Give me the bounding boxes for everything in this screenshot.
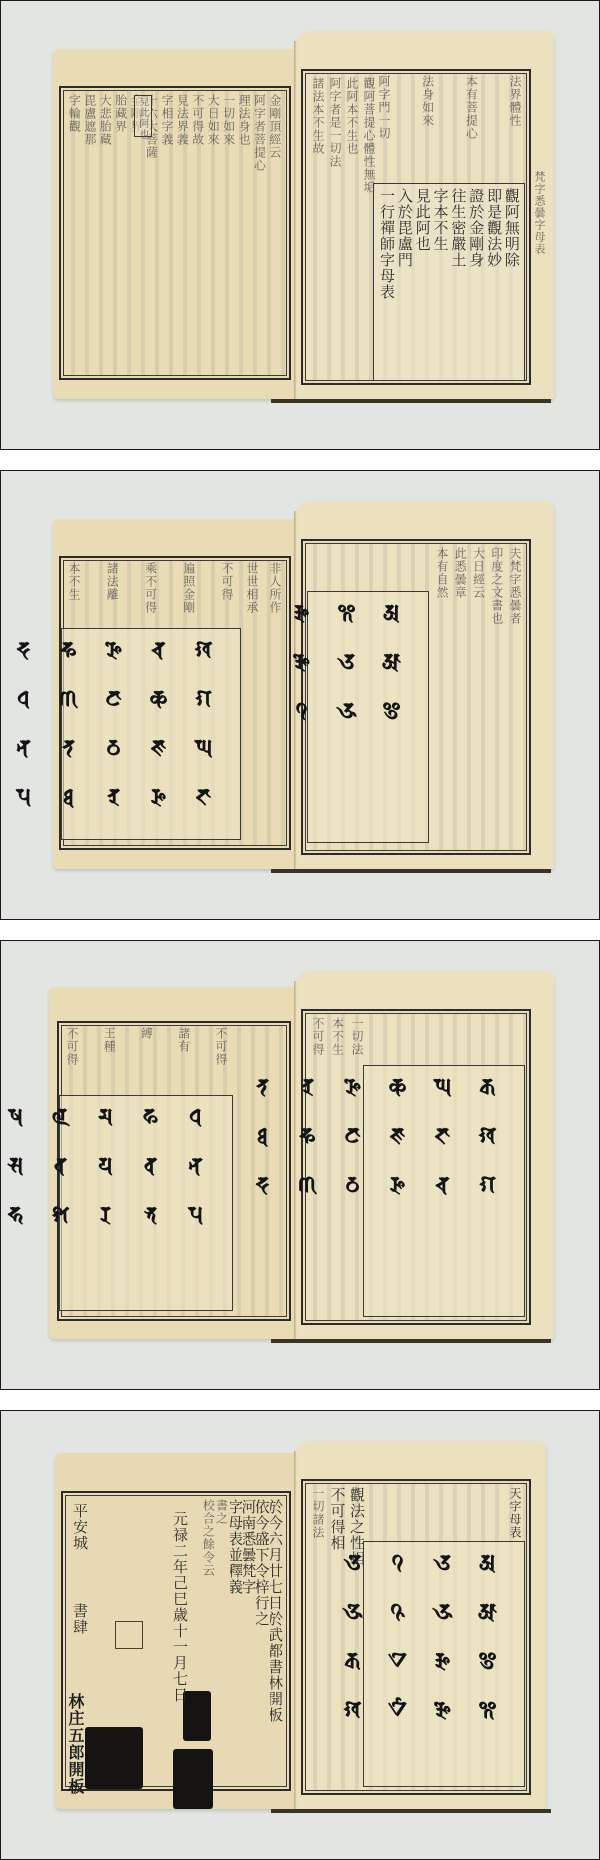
text-column: 大日經云 — [470, 547, 487, 847]
notes-columns: 不可得 諸有 縛 王種 不可得 — [63, 1027, 229, 1087]
siddham-row: 𑖌𑖍𑖎𑖏 — [338, 1548, 383, 1780]
text-column: 世世相承 — [243, 562, 260, 842]
siddham-row: 𑖗𑖘𑖙 — [338, 1072, 383, 1310]
siddham-columns: 𑖀𑖁𑖂𑖃 𑖄𑖅𑖆𑖇 𑖈𑖉𑖊𑖋 𑖌𑖍𑖎𑖏 本來清淨 — [370, 1548, 518, 1780]
colophon-line: 字母表並釋義 — [230, 1499, 243, 1769]
text-column: 阿字門一切 — [375, 75, 392, 175]
open-book: 𑖠𑖡𑖢 𑖣𑖤𑖥 𑖦𑖧𑖨 𑖩𑖪𑖫 𑖬𑖭𑖮 不可得 諸有 縛 王種 不可得 一切法 … — [1, 941, 600, 1389]
text-column: 胎藏界 — [113, 94, 128, 372]
photo-2: 𑖏𑖐𑖑𑖒 𑖓𑖔𑖕𑖖 𑖗𑖘𑖙𑖚 𑖛𑖜𑖝𑖞 𑖟𑖠𑖡𑖢 不可得 遍照金剛 乘不可得 諸… — [0, 470, 600, 920]
siddham-columns: 字母釋 遍照金剛撰 𑖀𑖁𑖂 𑖃𑖄𑖅 𑖆𑖇𑖈 — [314, 598, 422, 836]
siddham-row: 𑖚𑖛𑖜 — [293, 1072, 338, 1310]
siddham-row: 𑖏𑖐𑖑𑖒 — [189, 635, 234, 833]
siddham-row: 𑖓𑖔𑖕𑖖 — [144, 635, 189, 833]
photo-3: 𑖠𑖡𑖢 𑖣𑖤𑖥 𑖦𑖧𑖨 𑖩𑖪𑖫 𑖬𑖭𑖮 不可得 諸有 縛 王種 不可得 一切法 … — [0, 940, 600, 1390]
siddham-row: 𑖑𑖒𑖓 — [428, 1072, 473, 1310]
siddham-table: 𑖏𑖐𑖑𑖒 𑖓𑖔𑖕𑖖 𑖗𑖘𑖙𑖚 𑖛𑖜𑖝𑖞 𑖟𑖠𑖡𑖢 — [61, 628, 241, 840]
text-column: 毘盧遮那 — [82, 94, 97, 372]
verse: 字本不生 — [432, 188, 449, 376]
note: 本不生 — [65, 562, 82, 622]
section-heading: 天字母表 — [506, 1487, 523, 1539]
siddham-table: 𑖀𑖁𑖂𑖃 𑖄𑖅𑖆𑖇 𑖈𑖉𑖊𑖋 𑖌𑖍𑖎𑖏 本來清淨 — [363, 1541, 525, 1787]
book-bottom-edge — [271, 1809, 551, 1813]
note: 縛 — [138, 1027, 155, 1087]
book-bottom-edge — [271, 1339, 551, 1343]
right-text-frame: 觀法之性相 不可得相 一切諸法 天字母表 𑖀𑖁𑖂𑖃 𑖄𑖅𑖆𑖇 𑖈𑖉𑖊𑖋 𑖌𑖍𑖎𑖏… — [301, 1479, 531, 1795]
siddham-row: 𑖈𑖉𑖊𑖋 — [383, 1548, 428, 1780]
text-column: 法身如來 — [419, 75, 436, 175]
open-book: 金剛頂經云 阿字者菩提心 理法身也 一切如來 大日如來 不可得故 見法界義 字相… — [1, 1, 600, 449]
photo-1: 金剛頂經云 阿字者菩提心 理法身也 一切如來 大日如來 不可得故 見法界義 字相… — [0, 0, 600, 450]
side-label: 見此阿也 — [135, 96, 149, 140]
publisher-name: 林庄五郎開板 — [67, 1693, 84, 1795]
text-column: 阿字者是一切法 — [326, 77, 343, 377]
right-text-frame: 一切法 本不生 不可得 𑖎𑖏𑖐 𑖑𑖒𑖓 𑖔𑖕𑖖 𑖗𑖘𑖙 𑖚𑖛𑖜 𑖝𑖞𑖟 — [301, 1009, 531, 1325]
book-bottom-edge — [271, 399, 551, 403]
siddham-row: 𑖆𑖇𑖈 — [287, 598, 332, 836]
siddham-table: 𑖠𑖡𑖢 𑖣𑖤𑖥 𑖦𑖧𑖨 𑖩𑖪𑖫 𑖬𑖭𑖮 — [59, 1095, 233, 1311]
note: 乘不可得 — [142, 562, 159, 622]
text-column: 法界體性 — [506, 75, 523, 175]
note: 不可得 — [63, 1027, 80, 1087]
siddham-row: 𑖛𑖜𑖝𑖞 — [54, 635, 99, 833]
text-column: 理法身也 — [237, 94, 252, 372]
right-text-frame: 觀阿菩提心體性無垢 此阿本不生也 阿字者是一切法 諸法本不生故 觀阿無明除 即是… — [301, 69, 531, 385]
text-column: 此阿本不生也 — [343, 77, 360, 377]
photo-4: 平安城 書肆 林庄五郎開板 元禄二年己巳歳十一月七日 於今六月廿七日於武都書林開… — [0, 1410, 600, 1860]
verse-columns: 觀阿無明除 即是觀法妙 證於金剛身 往生密嚴土 字本不生 見此阿也 入於毘盧門 … — [378, 188, 520, 376]
text-column: 一切諸法 — [309, 1487, 326, 1787]
text-column: 夫梵字悉曇者 — [506, 547, 523, 847]
siddham-columns: 𑖏𑖐𑖑𑖒 𑖓𑖔𑖕𑖖 𑖗𑖘𑖙𑖚 𑖛𑖜𑖝𑖞 𑖟𑖠𑖡𑖢 — [68, 635, 234, 833]
note: 諸法離 — [103, 562, 120, 622]
text-column: 本有菩提心 — [462, 75, 479, 175]
siddham-columns: 𑖠𑖡𑖢 𑖣𑖤𑖥 𑖦𑖧𑖨 𑖩𑖪𑖫 𑖬𑖭𑖮 — [66, 1102, 226, 1304]
right-body-columns: 觀阿菩提心體性無垢 此阿本不生也 阿字者是一切法 諸法本不生故 — [309, 77, 377, 377]
note: 不可得 — [212, 1027, 229, 1087]
verse: 往生密嚴土 — [449, 188, 466, 376]
siddham-row: 𑖃𑖄𑖅 — [332, 598, 377, 836]
text-column: 非人所作 — [266, 562, 283, 842]
date-line: 元禄二年己巳歳十一月七日 — [171, 1511, 188, 1703]
text-column: 諸法本不生故 — [309, 77, 326, 377]
black-seal-left — [85, 1727, 143, 1789]
siddham-row: 𑖦𑖧𑖨 — [91, 1102, 136, 1304]
siddham-row: 𑖟𑖠𑖡𑖢 — [9, 635, 54, 833]
note: 遍照金剛 — [180, 562, 197, 622]
left-body-columns: 非人所作 世世相承 — [243, 562, 283, 842]
open-book: 平安城 書肆 林庄五郎開板 元禄二年己巳歳十一月七日 於今六月廿七日於武都書林開… — [1, 1411, 600, 1859]
verse: 觀阿無明除 — [503, 188, 520, 376]
siddham-columns: 𑖎𑖏𑖐 𑖑𑖒𑖓 𑖔𑖕𑖖 𑖗𑖘𑖙 𑖚𑖛𑖜 𑖝𑖞𑖟 — [370, 1072, 518, 1310]
text-column: 印度之文書也 — [488, 547, 505, 847]
verse-box: 觀阿無明除 即是觀法妙 證於金剛身 往生密嚴土 字本不生 見此阿也 入於毘盧門 … — [373, 183, 525, 381]
colophon-columns: 於今六月廿七日於武都書林開板 依今盛下令梓行之 河南悉曇梵字 字母表並釋義 書之… — [203, 1499, 283, 1769]
text-column: 大日如來 — [206, 94, 221, 372]
siddham-table: 字母釋 遍照金剛撰 𑖀𑖁𑖂 𑖃𑖄𑖅 𑖆𑖇𑖈 — [307, 591, 429, 843]
siddham-row: 𑖠𑖡𑖢 — [181, 1102, 226, 1304]
colophon-line: 河南悉曇梵字 — [243, 1499, 256, 1769]
text-column: 本有自然 — [433, 547, 450, 847]
right-text-frame: 夫梵字悉曇者 印度之文書也 大日經云 此悉曇章 本有自然 字母釋 遍照金剛撰 𑖀… — [301, 539, 531, 855]
table-heading: 一行禪師字母表 — [378, 188, 395, 376]
colophon-frame: 平安城 書肆 林庄五郎開板 元禄二年己巳歳十一月七日 於今六月廿七日於武都書林開… — [61, 1491, 291, 1791]
notes-columns: 不可得 遍照金剛 乘不可得 諸法離 本不生 — [65, 562, 235, 622]
right-body-columns: 夫梵字悉曇者 印度之文書也 大日經云 此悉曇章 本有自然 — [433, 547, 523, 847]
book-spine — [294, 41, 297, 399]
text-column: 不可得故 — [190, 94, 205, 372]
left-text-frame: 𑖏𑖐𑖑𑖒 𑖓𑖔𑖕𑖖 𑖗𑖘𑖙𑖚 𑖛𑖜𑖝𑖞 𑖟𑖠𑖡𑖢 不可得 遍照金剛 乘不可得 諸… — [59, 556, 291, 850]
siddham-row: 𑖣𑖤𑖥 — [136, 1102, 181, 1304]
siddham-row: 𑖔𑖕𑖖 — [383, 1072, 428, 1310]
right-upper-columns: 法界體性 本有菩提心 法身如來 阿字門一切 — [375, 75, 523, 175]
siddham-row: 𑖗𑖘𑖙𑖚 — [99, 635, 144, 833]
city-label: 平安城 — [71, 1503, 88, 1551]
open-book: 𑖏𑖐𑖑𑖒 𑖓𑖔𑖕𑖖 𑖗𑖘𑖙𑖚 𑖛𑖜𑖝𑖞 𑖟𑖠𑖡𑖢 不可得 遍照金剛 乘不可得 諸… — [1, 471, 600, 919]
red-seal-stamp — [115, 1621, 143, 1649]
text-column: 此悉曇章 — [451, 547, 468, 847]
note: 諸有 — [175, 1027, 192, 1087]
note: 不可得 — [218, 562, 235, 622]
siddham-row: 𑖀𑖁𑖂𑖃 — [473, 1548, 518, 1780]
siddham-table: 𑖎𑖏𑖐 𑖑𑖒𑖓 𑖔𑖕𑖖 𑖗𑖘𑖙 𑖚𑖛𑖜 𑖝𑖞𑖟 — [363, 1065, 525, 1317]
verse: 即是觀法妙 — [485, 188, 502, 376]
side-label-box: 見此阿也 — [134, 95, 152, 137]
verse: 入於毘盧門 — [396, 188, 413, 376]
colophon-line: 於今六月廿七日於武都書林開板 — [270, 1499, 283, 1769]
verse: 見此阿也 — [414, 188, 431, 376]
left-text-columns: 金剛頂經云 阿字者菩提心 理法身也 一切如來 大日如來 不可得故 見法界義 字相… — [67, 94, 283, 372]
running-title: 梵字悉曇字母表 — [531, 171, 548, 255]
colophon-line: 校合之餘令云 — [203, 1499, 216, 1769]
verse: 證於金剛身 — [467, 188, 484, 376]
colophon-line: 書之 — [216, 1499, 229, 1769]
colophon-line: 依今盛下令梓行之 — [256, 1499, 269, 1769]
text-column: 阿字者菩提心 — [252, 94, 267, 372]
text-column: 一切如來 — [221, 94, 236, 372]
siddham-row: 𑖎𑖏𑖐 — [473, 1072, 518, 1310]
book-spine — [294, 1451, 297, 1809]
siddham-row: 𑖩𑖪𑖫 — [46, 1102, 91, 1304]
book-bottom-edge — [271, 869, 551, 873]
text-column: 金剛頂經云 — [267, 94, 282, 372]
note: 王種 — [100, 1027, 117, 1087]
siddham-row: 𑖬𑖭𑖮 — [1, 1102, 46, 1304]
text-column: 見法界義 — [175, 94, 190, 372]
text-column: 字輪觀 — [67, 94, 82, 372]
left-text-frame: 金剛頂經云 阿字者菩提心 理法身也 一切如來 大日如來 不可得故 見法界義 字相… — [59, 86, 291, 380]
shop-label: 書肆 — [71, 1603, 88, 1635]
text-column: 大悲胎藏 — [98, 94, 113, 372]
siddham-row: 𑖀𑖁𑖂 — [377, 598, 422, 836]
text-column: 字相字義 — [160, 94, 175, 372]
siddham-row: 𑖄𑖅𑖆𑖇 — [428, 1548, 473, 1780]
siddham-row: 𑖝𑖞𑖟 — [248, 1072, 293, 1310]
